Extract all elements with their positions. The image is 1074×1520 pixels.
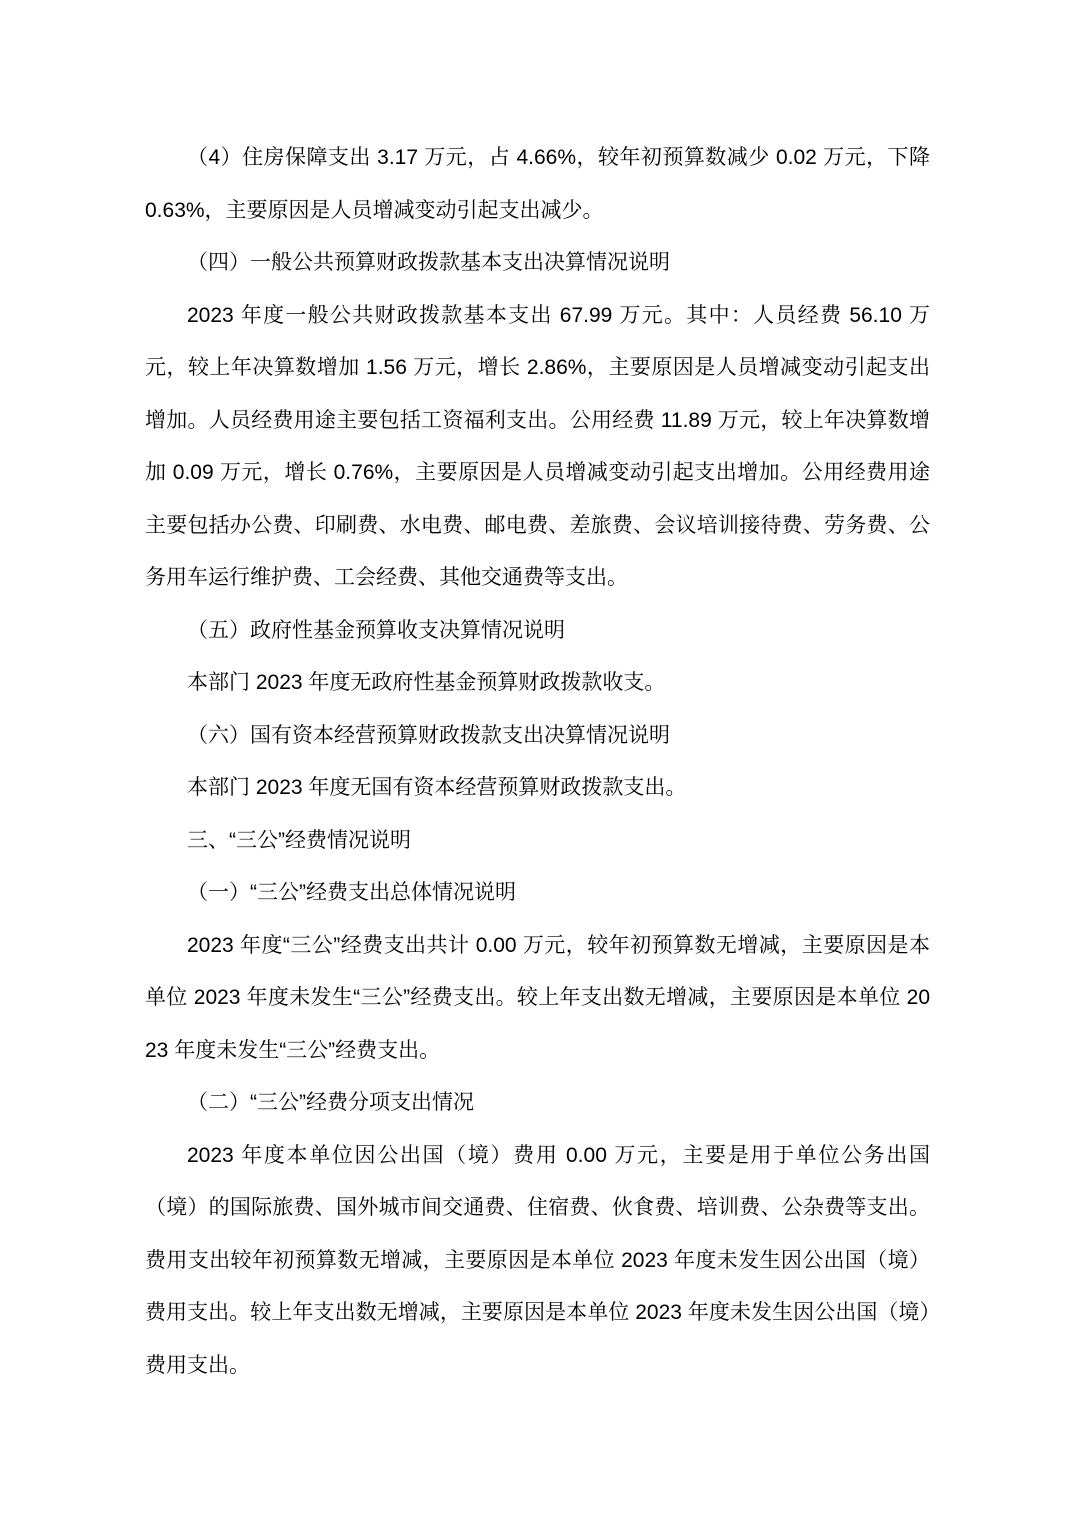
heading-three-public-itemized: （二）“三公”经费分项支出情况: [145, 1077, 930, 1130]
heading-three-public-funds: 三、“三公”经费情况说明: [145, 815, 930, 868]
paragraph-basic-expenditure-detail: 2023 年度一般公共财政拨款基本支出 67.99 万元。其中：人员经费 56.…: [145, 290, 930, 605]
document-page: （4）住房保障支出 3.17 万元，占 4.66%，较年初预算数减少 0.02 …: [0, 0, 1074, 1520]
paragraph-gov-fund: 本部门 2023 年度无政府性基金预算财政拨款收支。: [145, 657, 930, 710]
paragraph-housing-expense: （4）住房保障支出 3.17 万元，占 4.66%，较年初预算数减少 0.02 …: [145, 132, 930, 237]
heading-section6-state-capital: （六）国有资本经营预算财政拨款支出决算情况说明: [145, 710, 930, 763]
heading-three-public-overall: （一）“三公”经费支出总体情况说明: [145, 867, 930, 920]
paragraph-overseas-travel: 2023 年度本单位因公出国（境）费用 0.00 万元，主要是用于单位公务出国（…: [145, 1130, 930, 1393]
paragraph-state-capital: 本部门 2023 年度无国有资本经营预算财政拨款支出。: [145, 762, 930, 815]
heading-section4-basic-expenditure: （四）一般公共预算财政拨款基本支出决算情况说明: [145, 237, 930, 290]
paragraph-three-public-overall: 2023 年度“三公”经费支出共计 0.00 万元，较年初预算数无增减，主要原因…: [145, 920, 930, 1078]
heading-section5-gov-fund: （五）政府性基金预算收支决算情况说明: [145, 605, 930, 658]
